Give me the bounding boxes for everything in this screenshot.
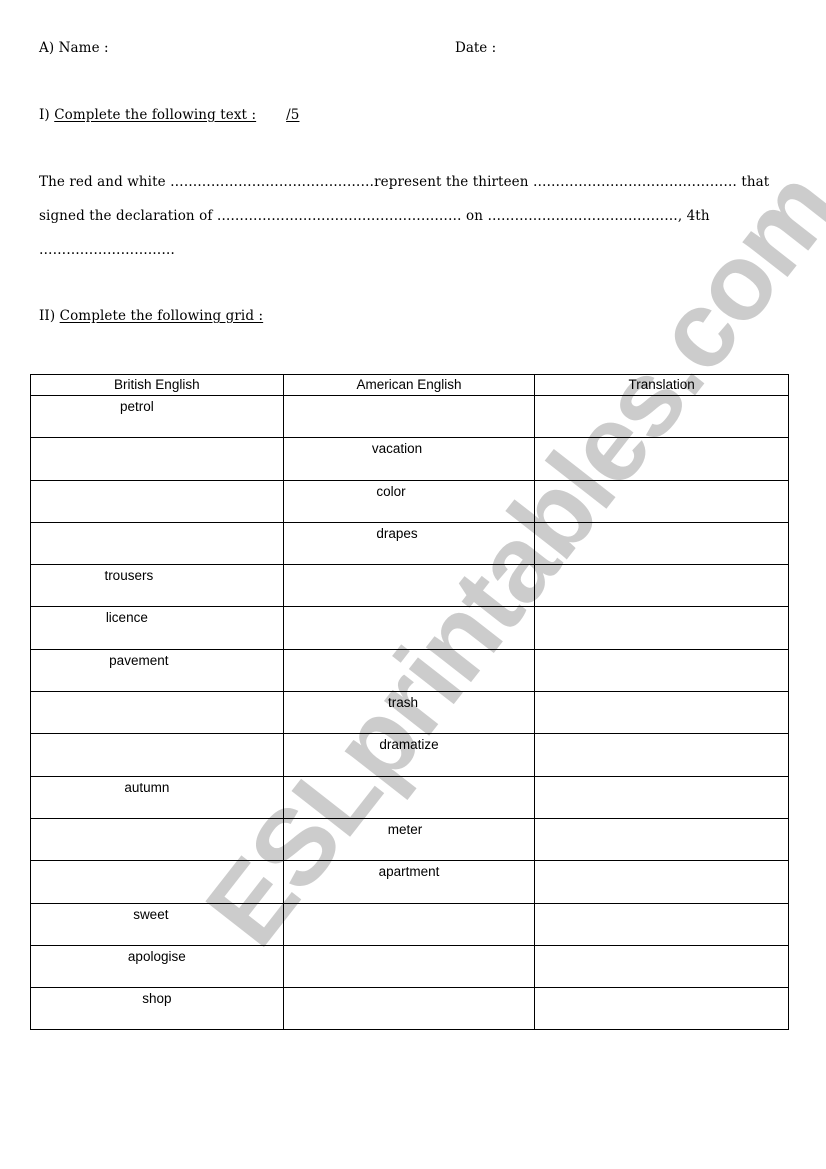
cell-translation[interactable] bbox=[535, 734, 789, 776]
grid-header-row: British English American English Transla… bbox=[31, 375, 789, 396]
british-word: autumn bbox=[21, 778, 273, 797]
header-british-english: British English bbox=[31, 375, 284, 396]
american-word: dramatize bbox=[284, 735, 535, 754]
cell-american[interactable]: trash bbox=[283, 692, 535, 734]
grid-row: petrol bbox=[31, 396, 789, 438]
section-1-number: I) bbox=[39, 107, 50, 123]
grid-row: pavement bbox=[31, 649, 789, 691]
fill-in-text-line-1: The red and white ………………………………………represe… bbox=[39, 174, 769, 190]
section-1-title: Complete the following text :/5 bbox=[54, 107, 299, 123]
cell-american[interactable]: vacation bbox=[283, 438, 535, 480]
grid-row: drapes bbox=[31, 522, 789, 564]
cell-translation[interactable] bbox=[535, 522, 789, 564]
cell-translation[interactable] bbox=[535, 438, 789, 480]
fill-in-text-line-3: ………………………… bbox=[39, 242, 175, 258]
cell-translation[interactable] bbox=[535, 776, 789, 818]
cell-translation[interactable] bbox=[535, 565, 789, 607]
section-2-heading: II) Complete the following grid : bbox=[39, 308, 263, 324]
cell-american[interactable]: meter bbox=[283, 818, 535, 860]
grid-row: trash bbox=[31, 692, 789, 734]
header-american-english: American English bbox=[283, 375, 535, 396]
cell-american[interactable] bbox=[283, 649, 535, 691]
grid-row: dramatize bbox=[31, 734, 789, 776]
grid-row: shop bbox=[31, 988, 789, 1030]
vocabulary-grid: British English American English Transla… bbox=[30, 374, 789, 1030]
cell-british[interactable] bbox=[31, 734, 284, 776]
cell-translation[interactable] bbox=[535, 396, 789, 438]
cell-translation[interactable] bbox=[535, 988, 789, 1030]
grid-row: licence bbox=[31, 607, 789, 649]
cell-american[interactable] bbox=[283, 565, 535, 607]
british-word: sweet bbox=[25, 905, 277, 924]
grid-row: apologise bbox=[31, 945, 789, 987]
cell-british[interactable]: petrol bbox=[31, 396, 284, 438]
fill-in-text-line-2: signed the declaration of ……………………………………… bbox=[39, 208, 710, 224]
cell-british[interactable] bbox=[31, 480, 284, 522]
american-word: meter bbox=[280, 820, 531, 839]
cell-british[interactable] bbox=[31, 438, 284, 480]
american-word: vacation bbox=[272, 439, 523, 458]
british-word: pavement bbox=[13, 651, 265, 670]
section-2-title: Complete the following grid : bbox=[60, 308, 264, 324]
cell-american[interactable]: color bbox=[283, 480, 535, 522]
cell-british[interactable]: shop bbox=[31, 988, 284, 1030]
grid-row: sweet bbox=[31, 903, 789, 945]
cell-translation[interactable] bbox=[535, 480, 789, 522]
grid-row: trousers bbox=[31, 565, 789, 607]
section-1-heading: I) Complete the following text :/5 bbox=[39, 107, 299, 123]
cell-british[interactable]: autumn bbox=[31, 776, 284, 818]
cell-british[interactable]: pavement bbox=[31, 649, 284, 691]
cell-british[interactable]: sweet bbox=[31, 903, 284, 945]
american-word: color bbox=[266, 482, 517, 501]
cell-translation[interactable] bbox=[535, 818, 789, 860]
cell-british[interactable]: apologise bbox=[31, 945, 284, 987]
cell-british[interactable] bbox=[31, 522, 284, 564]
cell-british[interactable] bbox=[31, 861, 284, 903]
grid-row: vacation bbox=[31, 438, 789, 480]
american-word: apartment bbox=[284, 862, 535, 881]
cell-translation[interactable] bbox=[535, 649, 789, 691]
cell-british[interactable] bbox=[31, 692, 284, 734]
section-2-number: II) bbox=[39, 308, 55, 324]
cell-translation[interactable] bbox=[535, 861, 789, 903]
cell-translation[interactable] bbox=[535, 607, 789, 649]
british-word: apologise bbox=[31, 947, 283, 966]
cell-american[interactable] bbox=[283, 903, 535, 945]
british-word: shop bbox=[31, 989, 283, 1008]
cell-translation[interactable] bbox=[535, 945, 789, 987]
name-label: A) Name : bbox=[39, 40, 109, 56]
british-word: petrol bbox=[11, 397, 263, 416]
cell-american[interactable]: drapes bbox=[283, 522, 535, 564]
american-word: trash bbox=[278, 693, 529, 712]
date-label: Date : bbox=[455, 40, 496, 56]
cell-american[interactable] bbox=[283, 945, 535, 987]
header-translation: Translation bbox=[535, 375, 789, 396]
cell-british[interactable]: licence bbox=[31, 607, 284, 649]
cell-american[interactable]: apartment bbox=[283, 861, 535, 903]
cell-american[interactable] bbox=[283, 988, 535, 1030]
american-word: drapes bbox=[272, 524, 523, 543]
cell-american[interactable] bbox=[283, 396, 535, 438]
cell-translation[interactable] bbox=[535, 903, 789, 945]
cell-british[interactable] bbox=[31, 818, 284, 860]
grid-row: autumn bbox=[31, 776, 789, 818]
british-word: trousers bbox=[3, 566, 255, 585]
grid-row: meter bbox=[31, 818, 789, 860]
cell-translation[interactable] bbox=[535, 692, 789, 734]
grid-row: color bbox=[31, 480, 789, 522]
section-1-score: /5 bbox=[286, 107, 299, 123]
cell-american[interactable] bbox=[283, 607, 535, 649]
cell-american[interactable]: dramatize bbox=[283, 734, 535, 776]
cell-american[interactable] bbox=[283, 776, 535, 818]
cell-british[interactable]: trousers bbox=[31, 565, 284, 607]
british-word: licence bbox=[1, 608, 253, 627]
grid-row: apartment bbox=[31, 861, 789, 903]
